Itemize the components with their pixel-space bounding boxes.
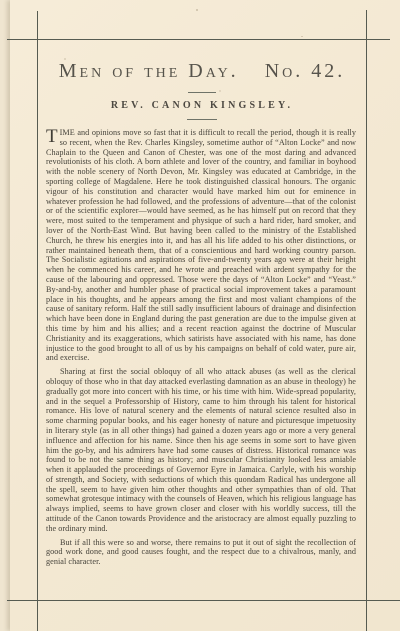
masthead: Men of the Day. No. 42. — [38, 60, 366, 83]
paragraph: TIME and opinions move so fast that it i… — [46, 128, 356, 363]
subject-title: REV. CANON KINGSLEY. — [38, 100, 366, 111]
frame-rule-right — [366, 10, 367, 631]
page-header: Men of the Day. No. 42. REV. CANON KINGS… — [38, 60, 366, 127]
paper-speck — [196, 9, 198, 11]
article-body: TIME and opinions move so fast that it i… — [46, 128, 356, 592]
paragraph: But if all this were so and worse, there… — [46, 538, 356, 567]
drop-cap: T — [46, 128, 60, 145]
frame-rule-top — [7, 39, 390, 40]
scanned-page: Men of the Day. No. 42. REV. CANON KINGS… — [0, 0, 400, 631]
series-title: Men of the Day. — [59, 60, 239, 83]
title-divider-rule — [188, 92, 216, 93]
paper-speck — [301, 36, 303, 37]
frame-rule-bottom — [7, 600, 400, 601]
subject-divider-rule — [187, 119, 217, 120]
paragraph: Sharing at first the social obloquy of a… — [46, 367, 356, 534]
paragraph-text: IME and opinions move so fast that it is… — [46, 128, 356, 362]
issue-number: No. 42. — [265, 60, 346, 83]
